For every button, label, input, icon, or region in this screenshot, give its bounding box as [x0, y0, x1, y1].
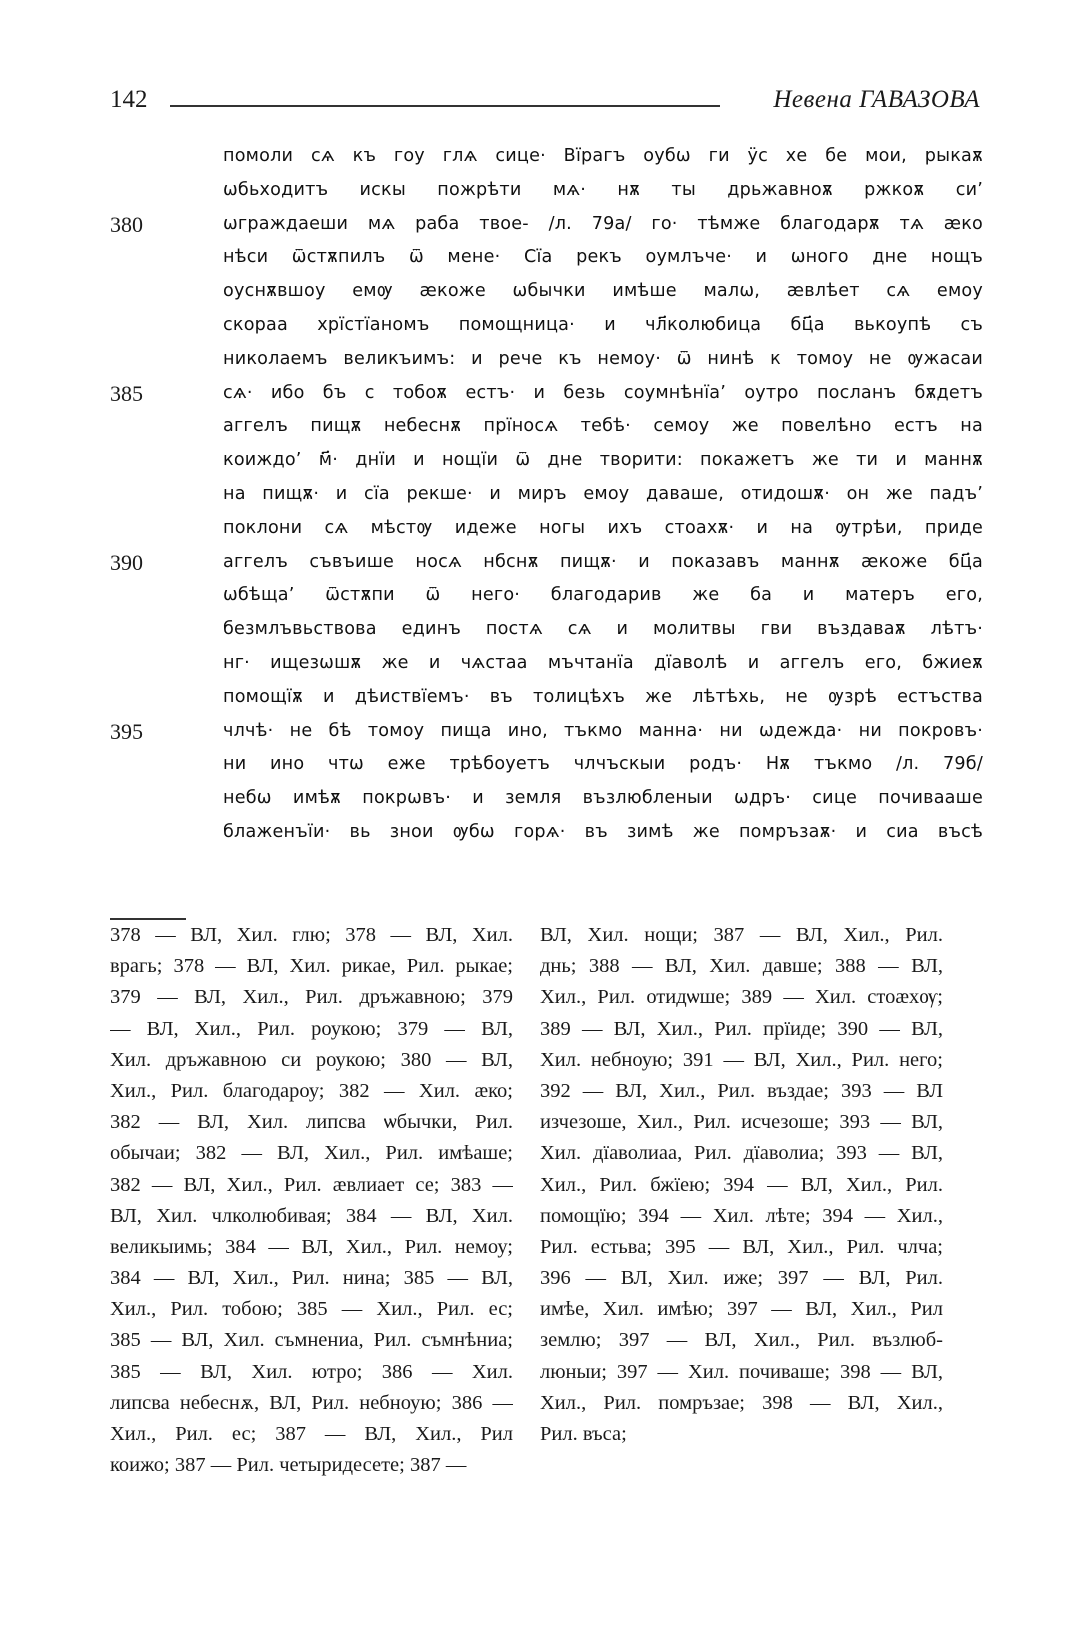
text-line: небѡ имѣѫ покрѡвъ· и земля възлюбленыи ѡ…: [110, 782, 980, 816]
line-text: ни ино чтѡ еже трѣбоуетъ члчъскыи родъ· …: [223, 748, 983, 782]
footnote-line: Хил., Рил. благодароу; 382 — Хил. ӕко;: [110, 1076, 513, 1107]
footnote-line: 392 — ВЛ, Хил., Рил. въздае; 393 — ВЛ: [540, 1076, 943, 1107]
line-text: нѣси ѿстѫпилъ ѿ мене· Сїа рекъ оумлъче· …: [223, 241, 983, 275]
footnote-line: изчезоше, Хил., Рил. исчезоше; 393 — ВЛ,: [540, 1107, 943, 1138]
line-text: блаженъїи· вь знои ѹбѡ горѧ· въ зимѣ же …: [223, 816, 983, 850]
header-rule: [170, 105, 720, 107]
line-text: помоли сѧ къ гоу глѧ сице· Вїрагъ оубѡ г…: [223, 140, 983, 174]
text-line: поклони сѧ мѣстѹ идеже ногы ихъ стоахѫ· …: [110, 512, 980, 546]
text-line: оуснѫвшоу емѹ ӕкоже ѡбычки имѣше малѡ, ӕ…: [110, 275, 980, 309]
text-line: коиждо’ м҃· днїи и нощїи ѿ дне творити: …: [110, 444, 980, 478]
line-text: поклони сѧ мѣстѹ идеже ногы ихъ стоахѫ· …: [223, 512, 983, 546]
footnotes-left-column: 378 — ВЛ, Хил. глю; 378 — ВЛ, Хил.врагь;…: [110, 920, 513, 1481]
text-line: помощїѫ и дѣиствїемъ· въ толицѣхъ же лѣт…: [110, 681, 980, 715]
footnote-line: Хил. небноую; 391 — ВЛ, Хил., Рил. него;: [540, 1045, 943, 1076]
text-line: на пищѫ· и сїа рекше· и миръ емоу даваше…: [110, 478, 980, 512]
line-text: коиждо’ м҃· днїи и нощїи ѿ дне творити: …: [223, 444, 983, 478]
line-text: аггелъ пищѫ небеснѫ прїносѧ тебѣ· семоу …: [223, 410, 983, 444]
footnote-line: Хил. дръжавною си роукою; 380 — ВЛ,: [110, 1045, 513, 1076]
footnote-line: 382 — ВЛ, Хил., Рил. ӕвлиает се; 383 —: [110, 1170, 513, 1201]
footnote-line: 379 — ВЛ, Хил., Рил. дръжавною; 379: [110, 982, 513, 1013]
text-line: 390аггелъ съвъише носѧ нбснѫ пищѫ· и пок…: [110, 546, 980, 580]
line-number: 385: [110, 377, 170, 411]
text-line: 395члчѣ· не бѣ томоу пища ино, тъкмо ман…: [110, 715, 980, 749]
footnote-line: Хил., Рил. тобою; 385 — Хил., Рил. ес;: [110, 1294, 513, 1325]
text-line: 385сѧ· ибо бъ с тобоѫ естъ· и безь соумн…: [110, 377, 980, 411]
main-text-block: помоли сѧ къ гоу глѧ сице· Вїрагъ оубѡ г…: [110, 140, 980, 850]
line-text: безмлъвьствова единъ постѧ сѧ и молитвы …: [223, 613, 983, 647]
footnote-line: Рил. естьва; 395 — ВЛ, Хил., Рил. члча;: [540, 1232, 943, 1263]
page-number: 142: [110, 82, 148, 118]
text-line: скораа хрїстїаномъ помощница· и чл҃колюб…: [110, 309, 980, 343]
line-text: ѡграждаеши мѧ раба твое- /л. 79а/ го· тѣ…: [223, 208, 983, 242]
line-text: помощїѫ и дѣиствїемъ· въ толицѣхъ же лѣт…: [223, 681, 983, 715]
footnote-line: 378 — ВЛ, Хил. глю; 378 — ВЛ, Хил.: [110, 920, 513, 951]
text-line: ни ино чтѡ еже трѣбоуетъ члчъскыи родъ· …: [110, 748, 980, 782]
text-line: нг· ищезѡшѫ же и чѧстаа мъчтанїа дїаволѣ…: [110, 647, 980, 681]
running-head-author: Невена ГАВАЗОВА: [773, 82, 980, 118]
footnote-line: люныи; 397 — Хил. почиваше; 398 — ВЛ,: [540, 1357, 943, 1388]
footnote-line: 385 — ВЛ, Хил. ютро; 386 — Хил.: [110, 1357, 513, 1388]
text-line: безмлъвьствова единъ постѧ сѧ и молитвы …: [110, 613, 980, 647]
line-text: нг· ищезѡшѫ же и чѧстаа мъчтанїа дїаволѣ…: [223, 647, 983, 681]
footnote-line: помощїю; 394 — Хил. лѣте; 394 — Хил.,: [540, 1201, 943, 1232]
line-text: на пищѫ· и сїа рекше· и миръ емоу даваше…: [223, 478, 983, 512]
text-line: нѣси ѿстѫпилъ ѿ мене· Сїа рекъ оумлъче· …: [110, 241, 980, 275]
line-number: 395: [110, 715, 170, 749]
footnote-line: днь; 388 — ВЛ, Хил. давше; 388 — ВЛ,: [540, 951, 943, 982]
footnote-line: 396 — ВЛ, Хил. иже; 397 — ВЛ, Рил.: [540, 1263, 943, 1294]
footnote-line: ВЛ, Хил. нощи; 387 — ВЛ, Хил., Рил.: [540, 920, 943, 951]
footnote-line: имѣе, Хил. имѣю; 397 — ВЛ, Хил., Рил: [540, 1294, 943, 1325]
footnote-line: Рил. въса;: [540, 1419, 943, 1450]
line-text: небѡ имѣѫ покрѡвъ· и земля възлюбленыи ѡ…: [223, 782, 983, 816]
footnotes-right-column: ВЛ, Хил. нощи; 387 — ВЛ, Хил., Рил.днь; …: [540, 920, 943, 1450]
footnote-line: 382 — ВЛ, Хил. липсва ѡбычки, Рил.: [110, 1107, 513, 1138]
text-line: 380ѡграждаеши мѧ раба твое- /л. 79а/ го·…: [110, 208, 980, 242]
page-header: 142 Невена ГАВАЗОВА: [110, 82, 980, 118]
text-line: ѡбьходитъ искы пожрѣти мѧ· нѫ ты дрьжавн…: [110, 174, 980, 208]
line-text: ѡбьходитъ искы пожрѣти мѧ· нѫ ты дрьжавн…: [223, 174, 983, 208]
text-line: николаемъ великъимъ: и рече къ немоу· ѿ …: [110, 343, 980, 377]
footnote-line: великыимь; 384 — ВЛ, Хил., Рил. немоу;: [110, 1232, 513, 1263]
line-text: николаемъ великъимъ: и рече къ немоу· ѿ …: [223, 343, 983, 377]
text-line: аггелъ пищѫ небеснѫ прїносѧ тебѣ· семоу …: [110, 410, 980, 444]
footnote-line: — ВЛ, Хил., Рил. роукою; 379 — ВЛ,: [110, 1014, 513, 1045]
line-text: сѧ· ибо бъ с тобоѫ естъ· и безь соумнѣнї…: [223, 377, 983, 411]
footnote-line: 385 — ВЛ, Хил. съмнениа, Рил. съмнѣниа;: [110, 1325, 513, 1356]
line-number: 390: [110, 546, 170, 580]
footnote-line: землю; 397 — ВЛ, Хил., Рил. възлюб-: [540, 1325, 943, 1356]
footnote-line: обычаи; 382 — ВЛ, Хил., Рил. имѣаше;: [110, 1138, 513, 1169]
line-text: ѡбѣща’ ѿстѫпи ѿ него· благодарив же ба и…: [223, 579, 983, 613]
line-text: аггелъ съвъише носѧ нбснѫ пищѫ· и показа…: [223, 546, 983, 580]
footnote-line: Хил., Рил. ес; 387 — ВЛ, Хил., Рил: [110, 1419, 513, 1450]
footnote-line: Хил., Рил. отидѡше; 389 — Хил. стоӕхѹ;: [540, 982, 943, 1013]
footnote-line: ВЛ, Хил. члколюбивая; 384 — ВЛ, Хил.: [110, 1201, 513, 1232]
text-line: ѡбѣща’ ѿстѫпи ѿ него· благодарив же ба и…: [110, 579, 980, 613]
footnote-line: врагь; 378 — ВЛ, Хил. рикае, Рил. рыкае;: [110, 951, 513, 982]
line-text: оуснѫвшоу емѹ ӕкоже ѡбычки имѣше малѡ, ӕ…: [223, 275, 983, 309]
footnote-line: липсва небеснѫ, ВЛ, Рил. небноую; 386 —: [110, 1388, 513, 1419]
line-text: скораа хрїстїаномъ помощница· и чл҃колюб…: [223, 309, 983, 343]
text-line: блаженъїи· вь знои ѹбѡ горѧ· въ зимѣ же …: [110, 816, 980, 850]
footnote-line: 384 — ВЛ, Хил., Рил. нина; 385 — ВЛ,: [110, 1263, 513, 1294]
text-line: помоли сѧ къ гоу глѧ сице· Вїрагъ оубѡ г…: [110, 140, 980, 174]
line-text: члчѣ· не бѣ томоу пища ино, тъкмо манна·…: [223, 715, 983, 749]
footnote-line: Хил., Рил. помръзае; 398 — ВЛ, Хил.,: [540, 1388, 943, 1419]
footnote-line: Хил. дїаволиаа, Рил. дїаволиа; 393 — ВЛ,: [540, 1138, 943, 1169]
line-number: 380: [110, 208, 170, 242]
footnote-line: Хил., Рил. бжїею; 394 — ВЛ, Хил., Рил.: [540, 1170, 943, 1201]
footnote-line: коижо; 387 — Рил. четыридесете; 387 —: [110, 1450, 513, 1481]
footnote-line: 389 — ВЛ, Хил., Рил. прїиде; 390 — ВЛ,: [540, 1014, 943, 1045]
